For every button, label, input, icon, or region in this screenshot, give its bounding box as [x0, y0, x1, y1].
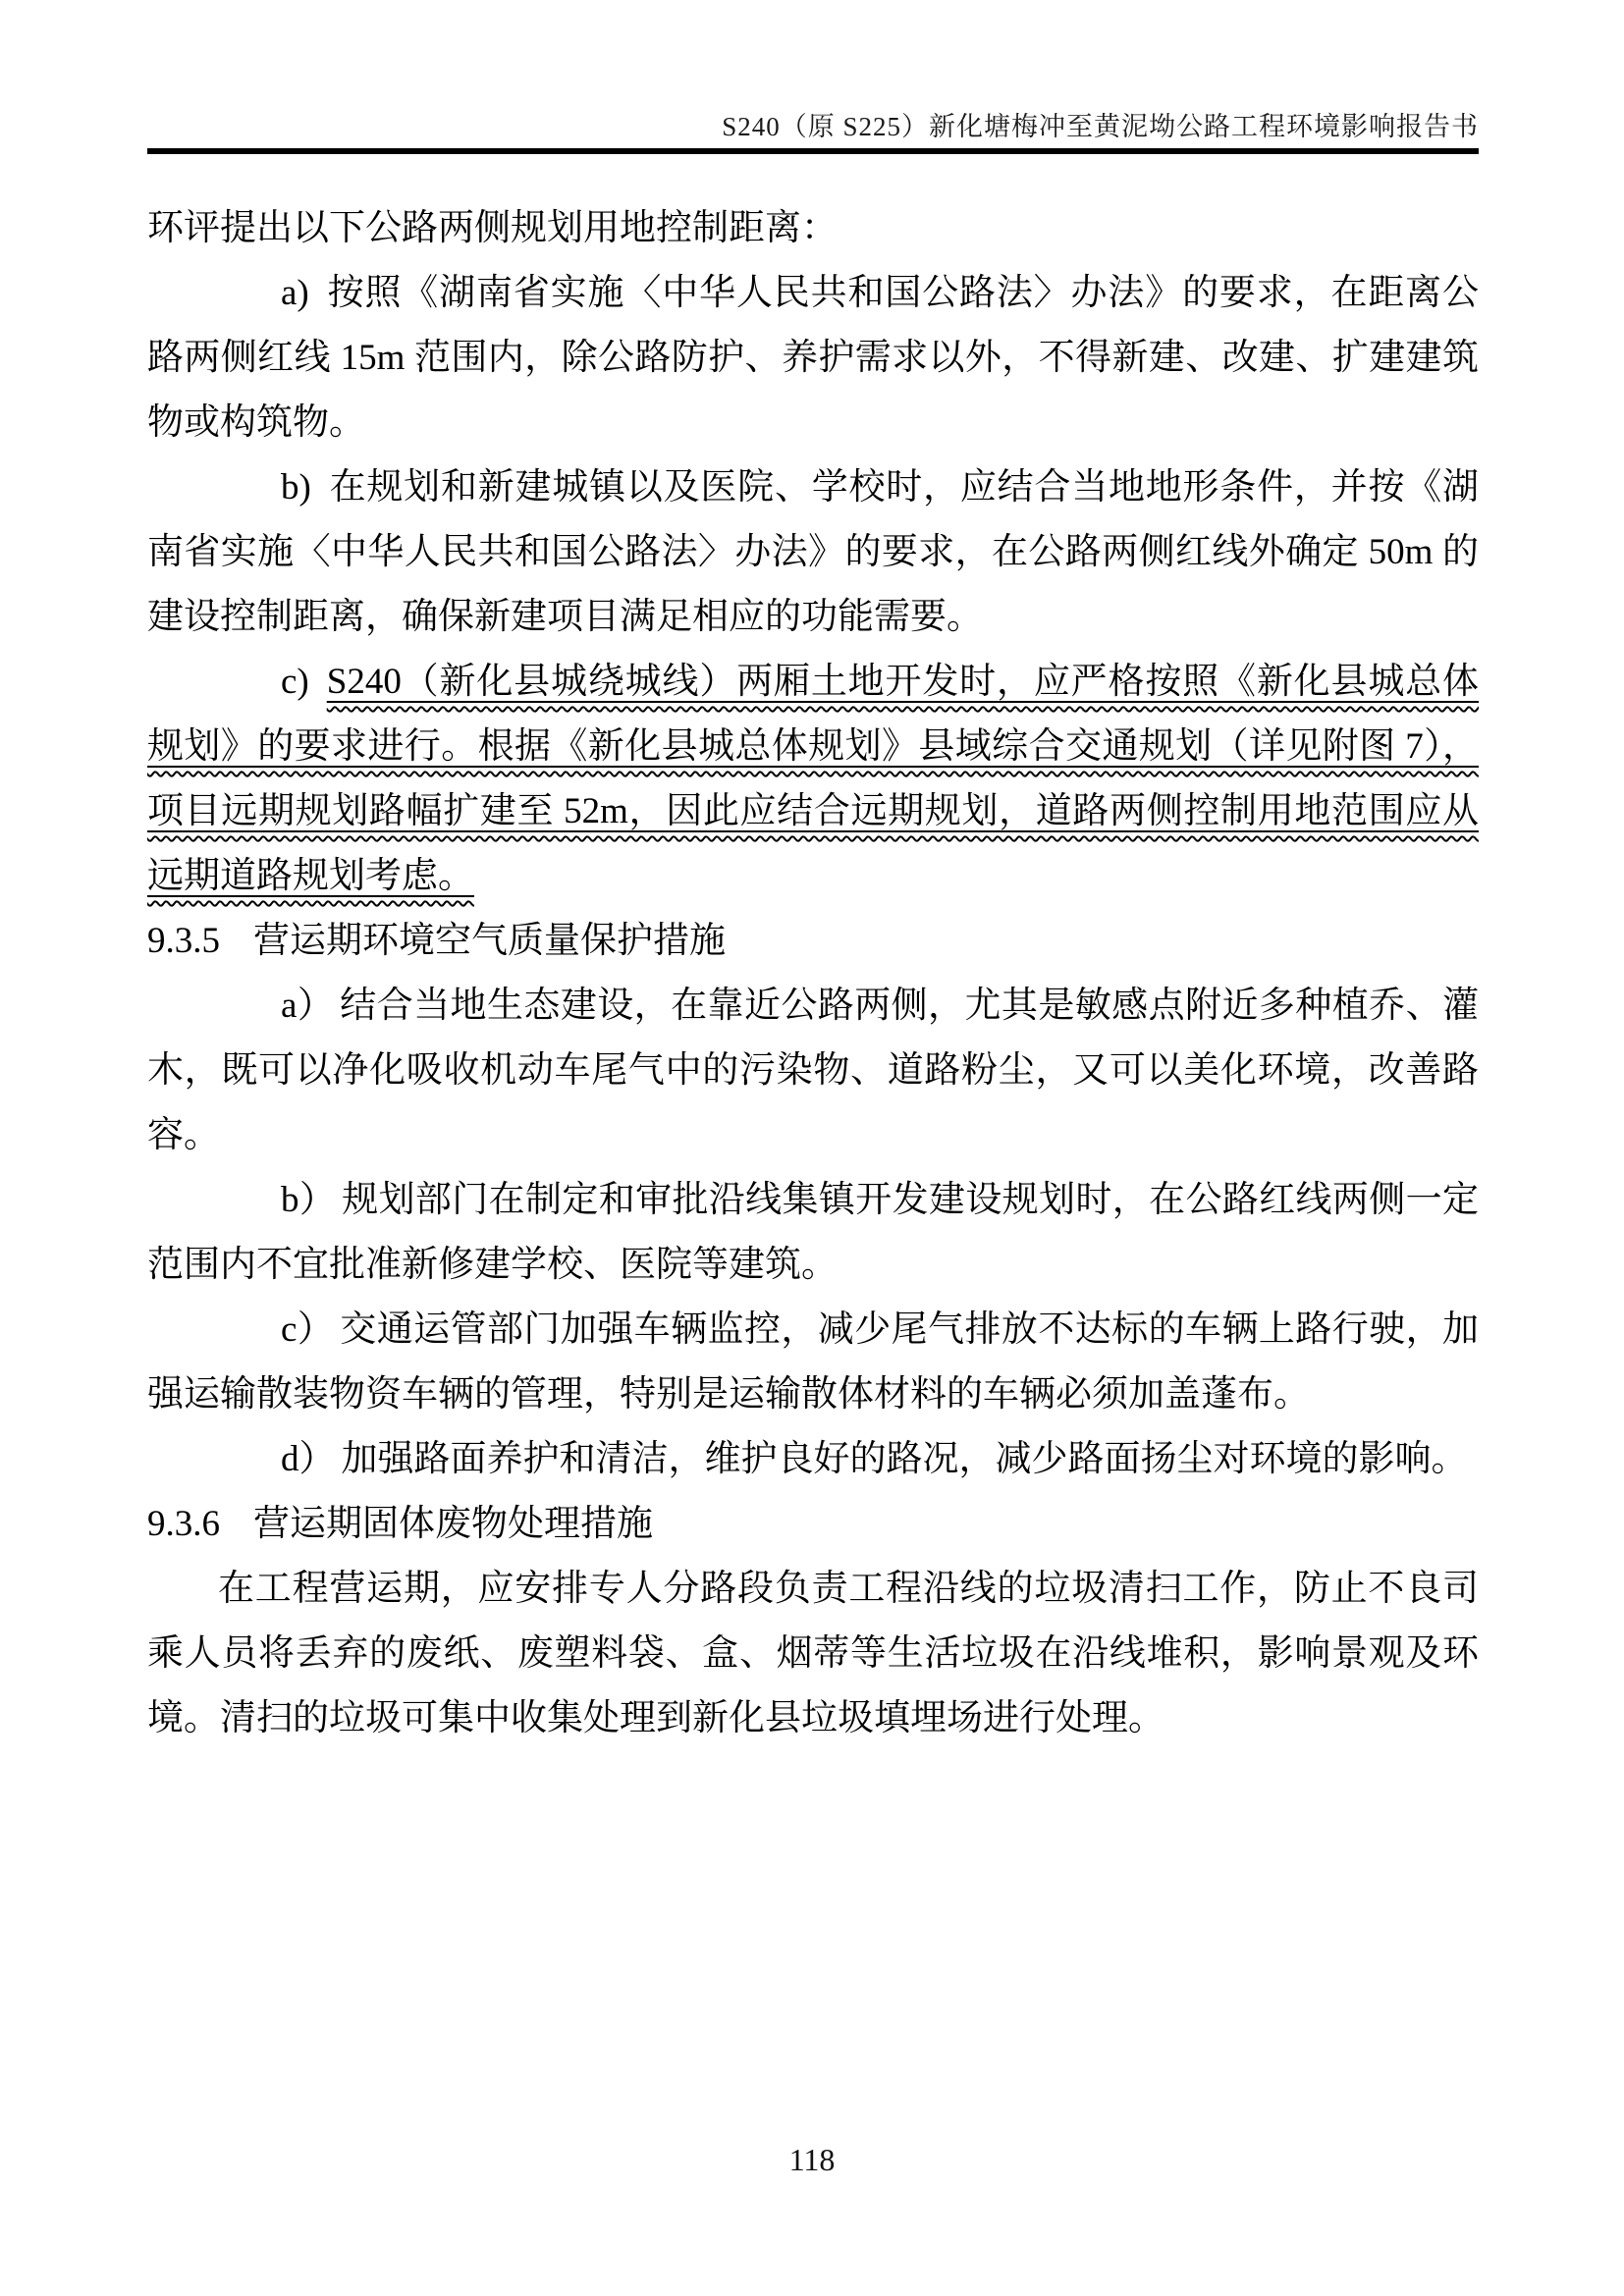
section-number: 9.3.6 [147, 1504, 220, 1544]
list-item-text-underlined: S240（新化县城绕城线）两厢土地开发时，应严格按照《新化县城总体规划》的要求进… [147, 662, 1479, 896]
list-item-934-c-underlined: c)S240（新化县城绕城线）两厢土地开发时，应严格按照《新化县城总体规划》的要… [147, 650, 1479, 909]
paragraph-intro: 环评提出以下公路两侧规划用地控制距离： [147, 196, 1479, 261]
list-item-text: 在规划和新建城镇以及医院、学校时，应结合当地地形条件，并按《湖南省实施〈中华人民… [147, 467, 1479, 637]
list-item-935-d: d）加强路面养护和清洁，维护良好的路况，减少路面扬尘对环境的影响。 [147, 1427, 1479, 1492]
page-number: 118 [0, 2142, 1624, 2178]
section-number: 9.3.5 [147, 921, 220, 961]
list-item-935-c: c）交通运管部门加强车辆监控，减少尾气排放不达标的车辆上路行驶，加强运输散装物资… [147, 1298, 1479, 1427]
list-item-label: b） [281, 1180, 336, 1220]
list-item-935-a: a）结合当地生态建设，在靠近公路两侧，尤其是敏感点附近多种植乔、灌木，既可以净化… [147, 974, 1479, 1168]
list-item-label: a) [281, 273, 309, 313]
list-item-label: a） [281, 986, 334, 1026]
section-heading-935: 9.3.5营运期环境空气质量保护措施 [147, 909, 1479, 974]
document-body: 环评提出以下公路两侧规划用地控制距离： a)按照《湖南省实施〈中华人民共和国公路… [147, 196, 1479, 1751]
header-rule [147, 148, 1479, 154]
list-item-text: 加强路面养护和清洁，维护良好的路况，减少路面扬尘对环境的影响。 [342, 1439, 1468, 1479]
list-item-label: b) [281, 467, 311, 507]
underlined-wrapper: S240（新化县城绕城线）两厢土地开发时，应严格按照《新化县城总体规划》的要求进… [147, 662, 1479, 896]
section-title: 营运期固体废物处理措施 [253, 1504, 653, 1544]
list-item-934-b: b)在规划和新建城镇以及医院、学校时，应结合当地地形条件，并按《湖南省实施〈中华… [147, 455, 1479, 650]
paragraph-936-body: 在工程营运期，应安排专人分路段负责工程沿线的垃圾清扫工作，防止不良司乘人员将丢弃… [147, 1557, 1479, 1751]
list-item-label: d） [281, 1439, 336, 1479]
list-item-label: c) [281, 662, 309, 702]
list-item-text: 规划部门在制定和审批沿线集镇开发建设规划时，在公路红线两侧一定范围内不宜批准新修… [147, 1180, 1479, 1285]
section-heading-936: 9.3.6营运期固体废物处理措施 [147, 1492, 1479, 1557]
list-item-text: 结合当地生态建设，在靠近公路两侧，尤其是敏感点附近多种植乔、灌木，既可以净化吸收… [147, 986, 1479, 1155]
list-item-text: 交通运管部门加强车辆监控，减少尾气排放不达标的车辆上路行驶，加强运输散装物资车辆… [147, 1309, 1479, 1415]
list-item-text: 按照《湖南省实施〈中华人民共和国公路法〉办法》的要求，在距离公路两侧红线 15m… [147, 273, 1479, 443]
list-item-label: c） [281, 1309, 334, 1350]
list-item-934-a: a)按照《湖南省实施〈中华人民共和国公路法〉办法》的要求，在距离公路两侧红线 1… [147, 261, 1479, 455]
section-title: 营运期环境空气质量保护措施 [253, 921, 726, 961]
document-page: S240（原 S225）新化塘梅冲至黄泥坳公路工程环境影响报告书 环评提出以下公… [0, 0, 1624, 2296]
list-item-935-b: b）规划部门在制定和审批沿线集镇开发建设规划时，在公路红线两侧一定范围内不宜批准… [147, 1168, 1479, 1298]
page-header-title: S240（原 S225）新化塘梅冲至黄泥坳公路工程环境影响报告书 [147, 110, 1479, 143]
